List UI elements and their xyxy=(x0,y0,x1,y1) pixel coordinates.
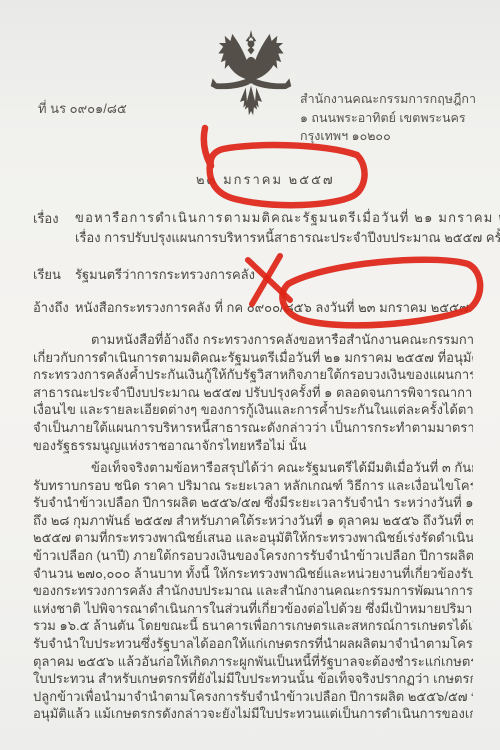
to-recipient: รัฐมนตรีว่าการกระทรวงการคลัง xyxy=(75,264,255,285)
paragraph-line: ใบประทวน สำหรับเกษตรกรที่ยังไม่มีใบประทว… xyxy=(33,670,473,688)
reference-prefix: หนังสือกระทรวงการคลัง ที่ กค ๐๙๐๐/๘๕๖ xyxy=(75,300,315,315)
paragraph-line: จำนวน ๒๗๐,๐๐๐ ล้านบาท ทั้งนี้ ให้กระทรวง… xyxy=(33,565,473,583)
paragraph-line: สาธารณะประจำปีงบประมาณ ๒๕๕๗ ปรับปรุงครั้… xyxy=(33,384,473,402)
agency-address-line2: กรุงเทพฯ ๑๐๒๐๐ xyxy=(300,127,476,146)
paragraph-line: รับจำนำใบประทวนซึ่งรัฐบาลได้ออกให้แก่เกษ… xyxy=(33,635,473,653)
to-label: เรียน xyxy=(33,264,75,285)
paragraph-line: เกี่ยวกับการดำเนินการตามมติคณะรัฐมนตรีเม… xyxy=(33,349,473,367)
agency-address-line1: ๑ ถนนพระอาทิตย์ เขตพระนคร xyxy=(300,109,476,128)
paragraph-line: ปลูกข้าวเพื่อนำมาจำนำตามโครงการรับจำนำข้… xyxy=(33,688,473,706)
to-row: เรียน รัฐมนตรีว่าการกระทรวงการคลัง xyxy=(33,264,255,285)
agency-address-block: สำนักงานคณะกรรมการกฤษฎีกา ๑ ถนนพระอาทิตย… xyxy=(300,90,476,146)
paragraph-line: รับทราบกรอบ ชนิด ราคา ปริมาณ ระยะเวลา หล… xyxy=(33,477,473,495)
paragraph-line: ๒๕๕๗ ตามที่กระทรวงพาณิชย์เสนอ และอนุมัติ… xyxy=(33,529,473,547)
body-paragraph-1: ตามหนังสือที่อ้างถึง กระทรวงการคลังขอหาร… xyxy=(33,331,473,454)
paragraph-line: รวม ๑๖.๕ ล้านตัน โดยขณะนี้ ธนาคารเพื่อกา… xyxy=(33,617,473,635)
paragraph-line: แห่งชาติ ไปพิจารณาดำเนินการในส่วนที่เกี่… xyxy=(33,600,473,618)
reference-label: อ้างถึง xyxy=(33,297,75,318)
garuda-emblem-icon xyxy=(202,30,300,122)
paragraph-line: เงื่อนไข และรายละเอียดต่างๆ ของการกู้เงิ… xyxy=(33,401,473,419)
letter-date: ๒๓ มกราคม ๒๕๕๗ xyxy=(196,169,335,190)
paragraph-line: ตามหนังสือที่อ้างถึง กระทรวงการคลังขอหาร… xyxy=(33,331,473,349)
subject-label: เรื่อง xyxy=(33,208,75,247)
body-paragraph-2: ข้อเท็จจริงตามข้อหารือสรุปได้ว่า คณะรัฐม… xyxy=(33,459,473,723)
subject-line1: ขอหารือการดำเนินการตามมติคณะรัฐมนตรีเมื่… xyxy=(75,208,500,228)
paragraph-line: อนุมัติแล้ว แม้เกษตรกรดังกล่าวจะยังไม่มี… xyxy=(33,705,473,723)
red-circle-annotation-reference-date xyxy=(232,252,488,338)
reference-row: อ้างถึง หนังสือกระทรวงการคลัง ที่ กค ๐๙๐… xyxy=(33,297,469,318)
paragraph-line: จำเป็นภายใต้แผนการบริหารหนี้สาธารณะดังกล… xyxy=(33,419,473,437)
subject-text: ขอหารือการดำเนินการตามมติคณะรัฐมนตรีเมื่… xyxy=(75,208,500,247)
reference-circled-date: ลงวันที่ ๒๓ มกราคม ๒๕๕๗ xyxy=(315,300,468,315)
subject-row: เรื่อง ขอหารือการดำเนินการตามมติคณะรัฐมน… xyxy=(33,208,500,247)
paragraph-line: ตุลาคม ๒๕๕๖ แล้วอันก่อให้เกิดภาระผูกพันเ… xyxy=(33,653,473,671)
paragraph-line: รับจำนำข้าวเปลือก ปีการผลิต ๒๕๕๖/๕๗ ซึ่ง… xyxy=(33,494,473,512)
paragraph-line: ของกระทรวงการคลัง สำนักงบประมาณ และสำนัก… xyxy=(33,582,473,600)
paragraph-line: ข้าวเปลือก (นาปี) ภายใต้กรอบวงเงินของโคร… xyxy=(33,547,473,565)
scanned-letter-page: ที่ นร ๐๙๐๑/๘๕ สำนักงานคณะกรรมการกฤษฎีกา… xyxy=(0,0,500,750)
agency-name: สำนักงานคณะกรรมการกฤษฎีกา xyxy=(300,90,476,109)
paragraph-line: ถึง ๒๘ กุมภาพันธ์ ๒๕๕๗ สำหรับภาคใต้ระหว่… xyxy=(33,512,473,530)
subject-line2: เรื่อง การปรับปรุงแผนการบริหารหนี้สาธารณ… xyxy=(75,228,500,248)
document-number: ที่ นร ๐๙๐๑/๘๕ xyxy=(38,98,127,119)
reference-text: หนังสือกระทรวงการคลัง ที่ กค ๐๙๐๐/๘๕๖ ลง… xyxy=(75,297,469,318)
paragraph-line: ข้อเท็จจริงตามข้อหารือสรุปได้ว่า คณะรัฐม… xyxy=(33,459,473,477)
paragraph-line: กระทรวงการคลังค้ำประกันเงินกู้ให้กับรัฐว… xyxy=(33,366,473,384)
paragraph-line: ของรัฐธรรมนูญแห่งราชอาณาจักรไทยหรือไม่ น… xyxy=(33,437,473,455)
